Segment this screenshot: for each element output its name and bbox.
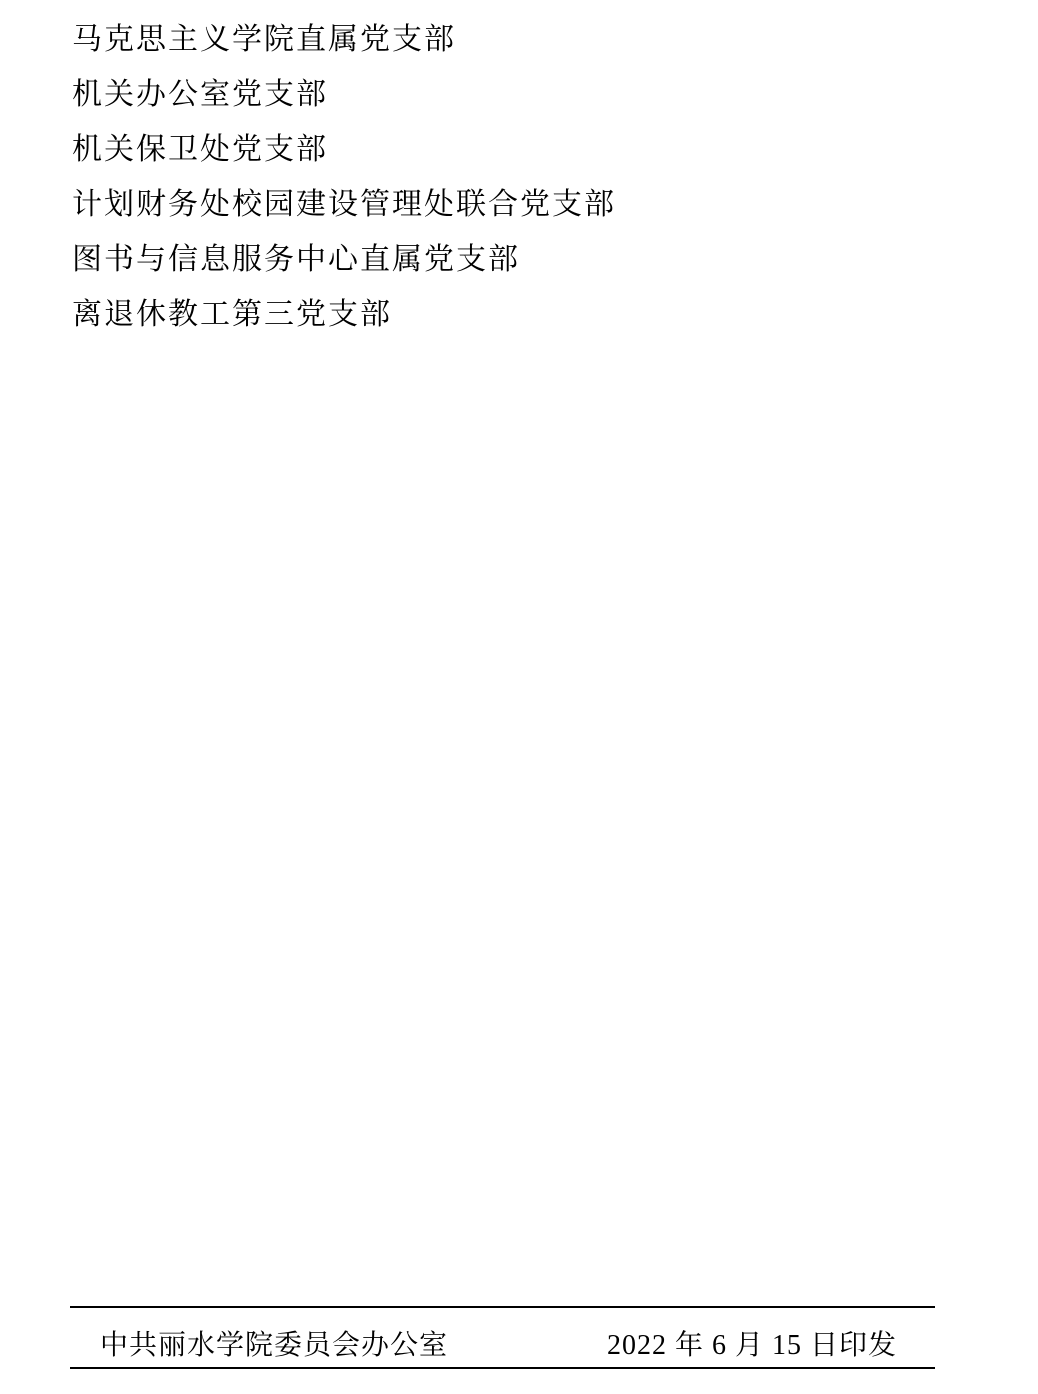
branch-list-item: 马克思主义学院直属党支部 [72,12,998,67]
footer-bottom-rule [70,1367,935,1369]
branch-list-item: 机关保卫处党支部 [72,122,998,177]
footer-issuer: 中共丽水学院委员会办公室 [100,1323,448,1363]
branch-list-item: 机关办公室党支部 [72,67,998,122]
footer: 中共丽水学院委员会办公室 2022 年 6 月 15 日印发 [70,1321,935,1365]
party-branch-list: 马克思主义学院直属党支部 机关办公室党支部 机关保卫处党支部 计划财务处校园建设… [72,12,998,342]
footer-top-rule [70,1306,935,1308]
footer-print-date: 2022 年 6 月 15 日印发 [607,1323,897,1363]
branch-list-item: 图书与信息服务中心直属党支部 [72,232,998,287]
branch-list-item: 离退休教工第三党支部 [72,287,998,342]
document-page: 马克思主义学院直属党支部 机关办公室党支部 机关保卫处党支部 计划财务处校园建设… [0,0,1038,1394]
branch-list-item: 计划财务处校园建设管理处联合党支部 [72,177,998,232]
